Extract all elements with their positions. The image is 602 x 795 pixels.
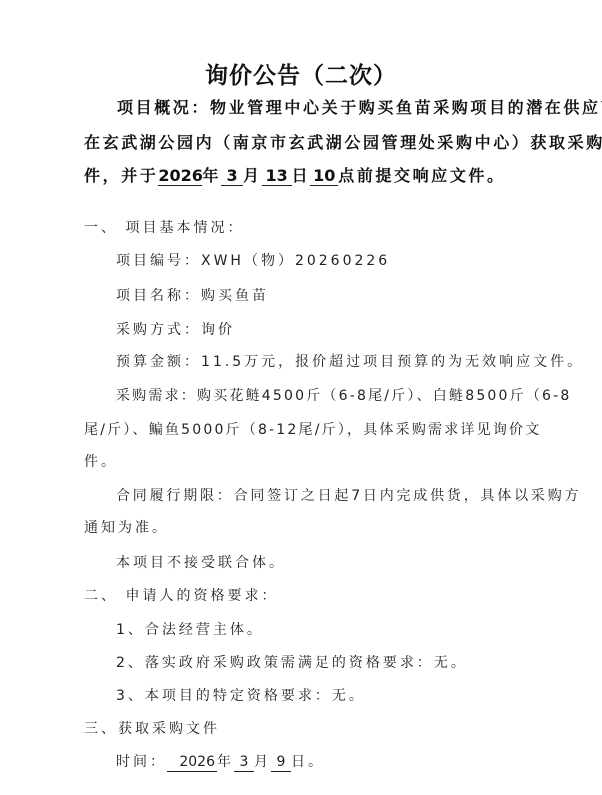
requirement-line-3: 件。 — [84, 452, 118, 472]
budget-amount: 预算金额：11.5万元，报价超过项目预算的为无效响应文件。 — [116, 352, 584, 372]
day-unit: 日 — [292, 166, 311, 185]
deadline-month: 3 — [221, 167, 243, 186]
qualification-item-2: 2、落实政府采购政策需满足的资格要求：无。 — [116, 653, 468, 673]
acquisition-time: 时间：2026年3月9日。 — [116, 752, 325, 772]
intro-line-2: 在玄武湖公园内（南京市玄武湖公园管理处采购中心）获取采购文 — [84, 133, 602, 153]
project-number: 项目编号：XWH（物）20260226 — [116, 251, 390, 271]
qualification-item-1: 1、合法经营主体。 — [116, 620, 264, 640]
qualification-item-3: 3、本项目的特定资格要求：无。 — [116, 686, 366, 706]
acquisition-day: 9 — [271, 753, 291, 772]
acquisition-year: 2026 — [167, 753, 217, 772]
procurement-method: 采购方式：询价 — [116, 320, 235, 340]
contract-term-line-1: 合同履行期限：合同签订之日起7日内完成供货，具体以采购方 — [116, 486, 581, 506]
intro-line-1: 项目概况：物业管理中心关于购买鱼苗采购项目的潜在供应商 — [117, 98, 602, 118]
consortium-note: 本项目不接受联合体。 — [116, 553, 286, 573]
month-unit: 月 — [254, 754, 271, 770]
project-name: 项目名称：购买鱼苗 — [116, 286, 269, 306]
intro-line-3-prefix: 件，并于 — [84, 166, 158, 185]
section-3-heading: 三、获取采购文件 — [84, 719, 220, 739]
month-unit: 月 — [243, 166, 262, 185]
time-label: 时间： — [116, 754, 167, 770]
requirement-line-1: 采购需求：购买花鲢4500斤（6-8尾/斤）、白鲢8500斤（6-8 — [116, 386, 572, 406]
deadline-day: 13 — [262, 167, 292, 186]
page-title: 询价公告（二次） — [0, 57, 602, 90]
year-unit: 年 — [202, 166, 221, 185]
section-2-heading: 二、 申请人的资格要求： — [84, 586, 278, 606]
deadline-year: 2026 — [158, 167, 202, 186]
intro-line-3: 件，并于2026年3月13日10点前提交响应文件。 — [84, 166, 506, 186]
contract-term-line-2: 通知为准。 — [84, 518, 169, 538]
intro-line-3-suffix: 点前提交响应文件。 — [338, 166, 505, 185]
day-unit-end: 日。 — [291, 754, 325, 770]
requirement-line-2: 尾/斤）、鳊鱼5000斤（8-12尾/斤），具体采购需求详见询价文 — [84, 420, 541, 440]
deadline-hour: 10 — [310, 167, 338, 186]
year-unit: 年 — [217, 754, 234, 770]
section-1-heading: 一、 项目基本情况： — [84, 218, 244, 238]
acquisition-month: 3 — [234, 753, 254, 772]
